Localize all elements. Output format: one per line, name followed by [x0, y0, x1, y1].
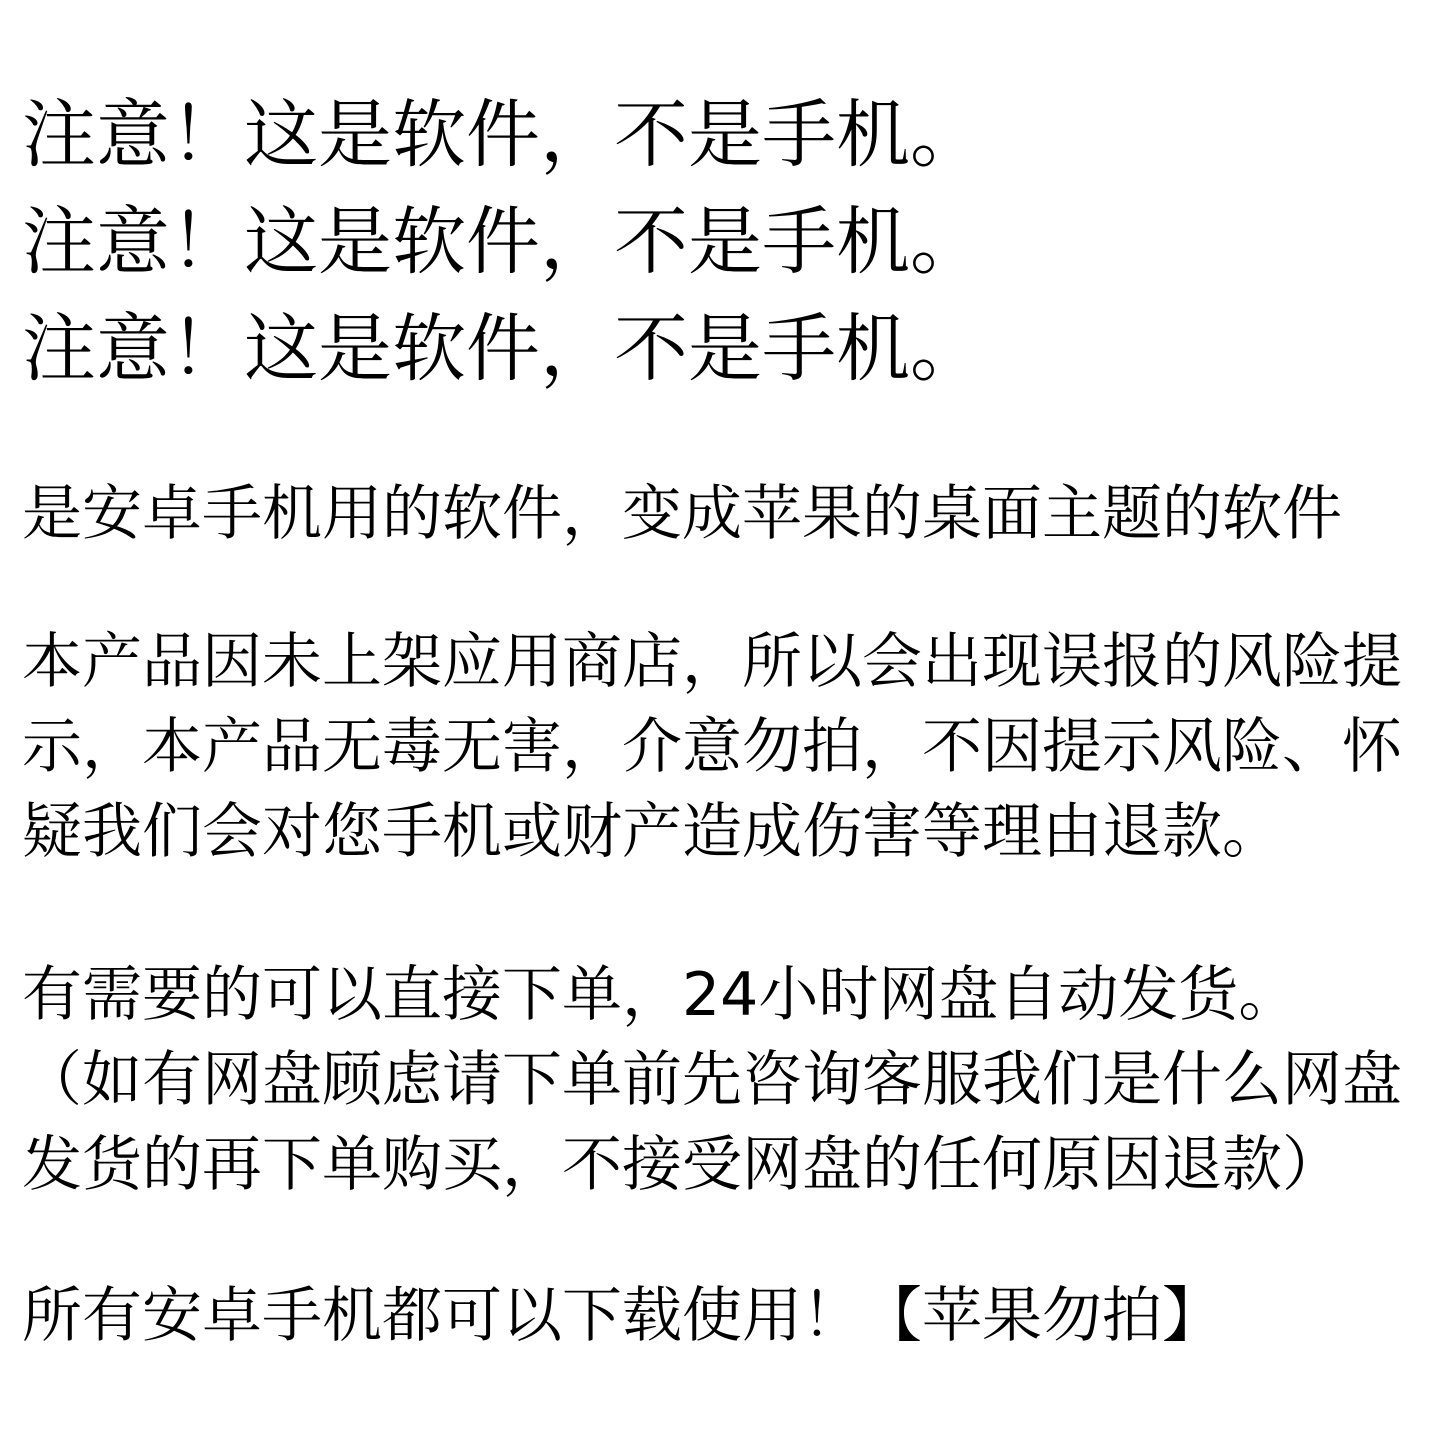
- delivery-notice-line-3: 发货的再下单购买，不接受网盘的任何原因退款）: [22, 1135, 1342, 1195]
- warning-line-2: 注意！这是软件，不是手机。: [22, 205, 984, 279]
- delivery-notice-line-1: 有需要的可以直接下单，24小时网盘自动发货。: [22, 965, 1298, 1025]
- compatibility-line: 所有安卓手机都可以下载使用！【苹果勿拍】: [22, 1286, 1222, 1346]
- warning-line-1: 注意！这是软件，不是手机。: [22, 98, 984, 172]
- risk-notice-line-3: 疑我们会对您手机或财产造成伤害等理由退款。: [22, 802, 1282, 862]
- description-line: 是安卓手机用的软件，变成苹果的桌面主题的软件: [22, 484, 1342, 544]
- risk-notice-line-1: 本产品因未上架应用商店，所以会出现误报的风险提: [22, 632, 1402, 692]
- warning-line-3: 注意！这是软件，不是手机。: [22, 312, 984, 386]
- risk-notice-line-2: 示，本产品无毒无害，介意勿拍，不因提示风险、怀: [22, 717, 1402, 777]
- delivery-notice-line-2: （如有网盘顾虑请下单前先咨询客服我们是什么网盘: [22, 1050, 1402, 1110]
